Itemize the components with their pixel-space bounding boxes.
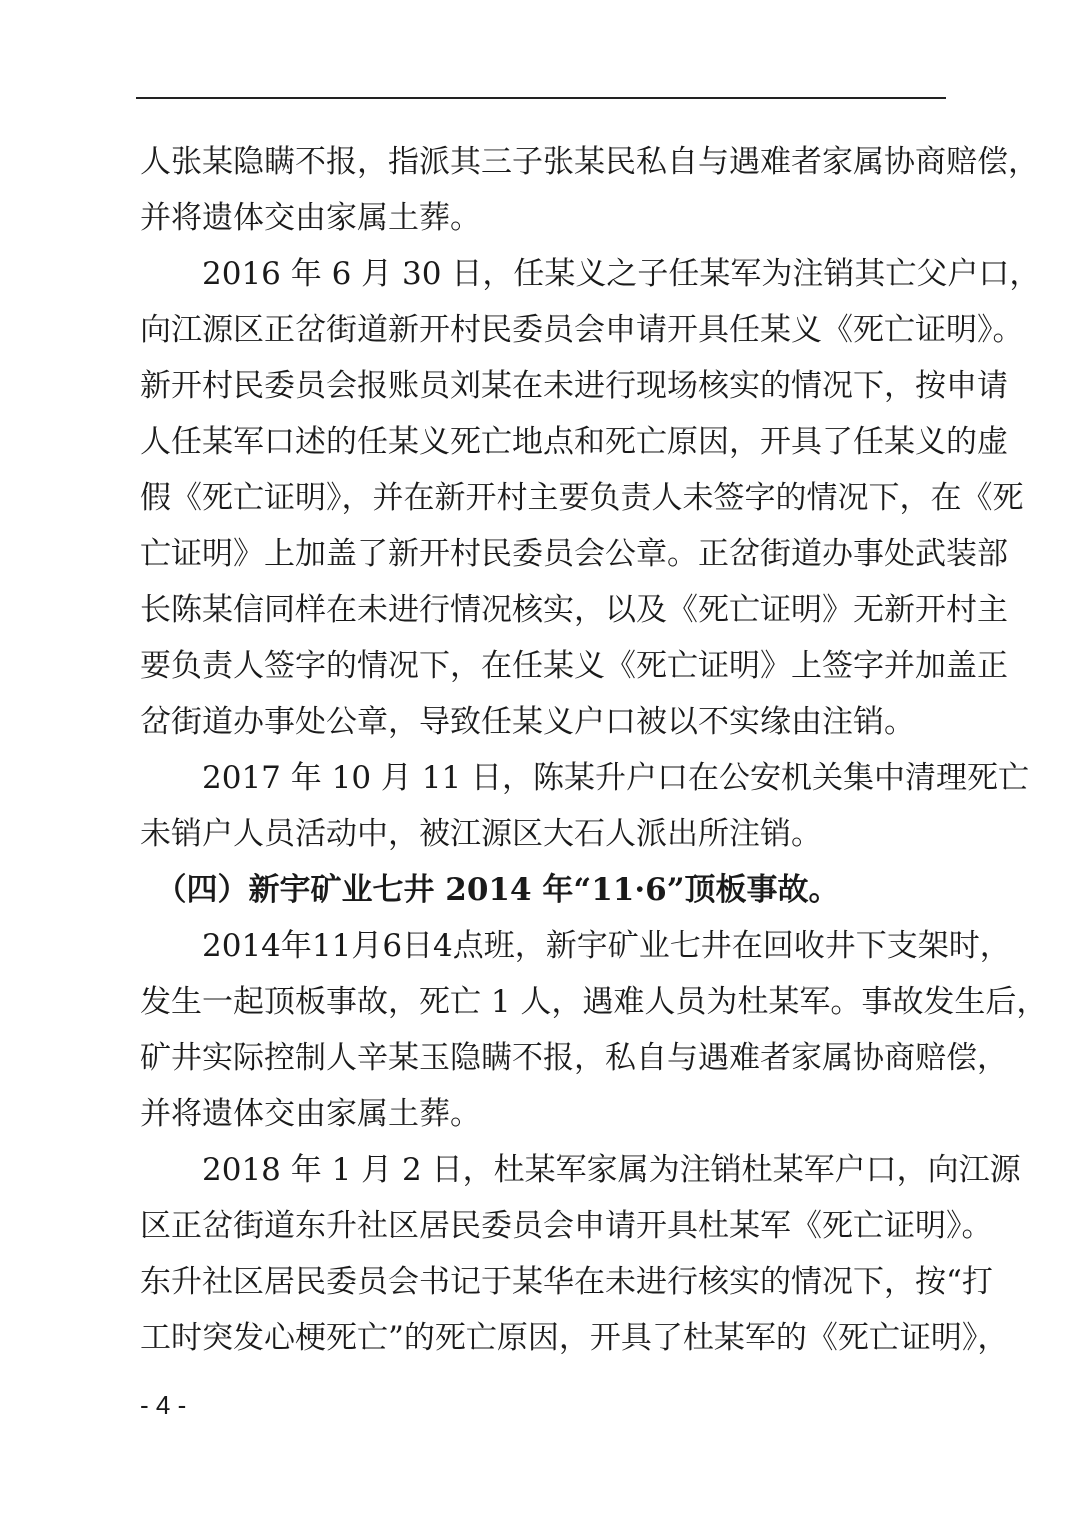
text-line: 未销户人员活动中，被江源区大石人派出所注销。	[140, 814, 945, 854]
text-line: 2014年11月6日4点班，新宇矿业七井在回收井下支架时，	[140, 926, 945, 966]
text-line: 向江源区正岔街道新开村民委员会申请开具任某义《死亡证明》。	[140, 310, 945, 350]
text-line: 并将遗体交由家属土葬。	[140, 1094, 945, 1134]
page-number: - 4 -	[140, 1390, 186, 1420]
text-line: 2018 年 1 月 2 日，杜某军家属为注销杜某军户口，向江源	[140, 1150, 945, 1190]
text-line: 并将遗体交由家属土葬。	[140, 198, 945, 238]
text-line: 人张某隐瞒不报，指派其三子张某民私自与遇难者家属协商赔偿，	[140, 142, 945, 182]
text-line: 新开村民委员会报账员刘某在未进行现场核实的情况下，按申请	[140, 366, 945, 406]
text-line: 矿井实际控制人辛某玉隐瞒不报，私自与遇难者家属协商赔偿，	[140, 1038, 945, 1078]
header-rule	[136, 97, 946, 99]
text-line: 人任某军口述的任某义死亡地点和死亡原因，开具了任某义的虚	[140, 422, 945, 462]
section-heading: （四）新宇矿业七井 2014 年“11·6”顶板事故。	[140, 870, 945, 910]
text-line: 发生一起顶板事故，死亡 1 人，遇难人员为杜某军。事故发生后，	[140, 982, 945, 1022]
text-line: 要负责人签字的情况下，在任某义《死亡证明》上签字并加盖正	[140, 646, 945, 686]
text-line: 假《死亡证明》，并在新开村主要负责人未签字的情况下，在《死	[140, 478, 945, 518]
text-line: 亡证明》上加盖了新开村民委员会公章。正岔街道办事处武装部	[140, 534, 945, 574]
text-line: 2017 年 10 月 11 日，陈某升户口在公安机关集中清理死亡	[140, 758, 945, 798]
text-line: 区正岔街道东升社区居民委员会申请开具杜某军《死亡证明》。	[140, 1206, 945, 1246]
text-line: 岔街道办事处公章，导致任某义户口被以不实缘由注销。	[140, 702, 945, 742]
text-line: 长陈某信同样在未进行情况核实，以及《死亡证明》无新开村主	[140, 590, 945, 630]
text-line: 东升社区居民委员会书记于某华在未进行核实的情况下，按“打	[140, 1262, 945, 1302]
text-line: 2016 年 6 月 30 日，任某义之子任某军为注销其亡父户口，	[140, 254, 945, 294]
text-line: 工时突发心梗死亡”的死亡原因，开具了杜某军的《死亡证明》，	[140, 1318, 945, 1358]
